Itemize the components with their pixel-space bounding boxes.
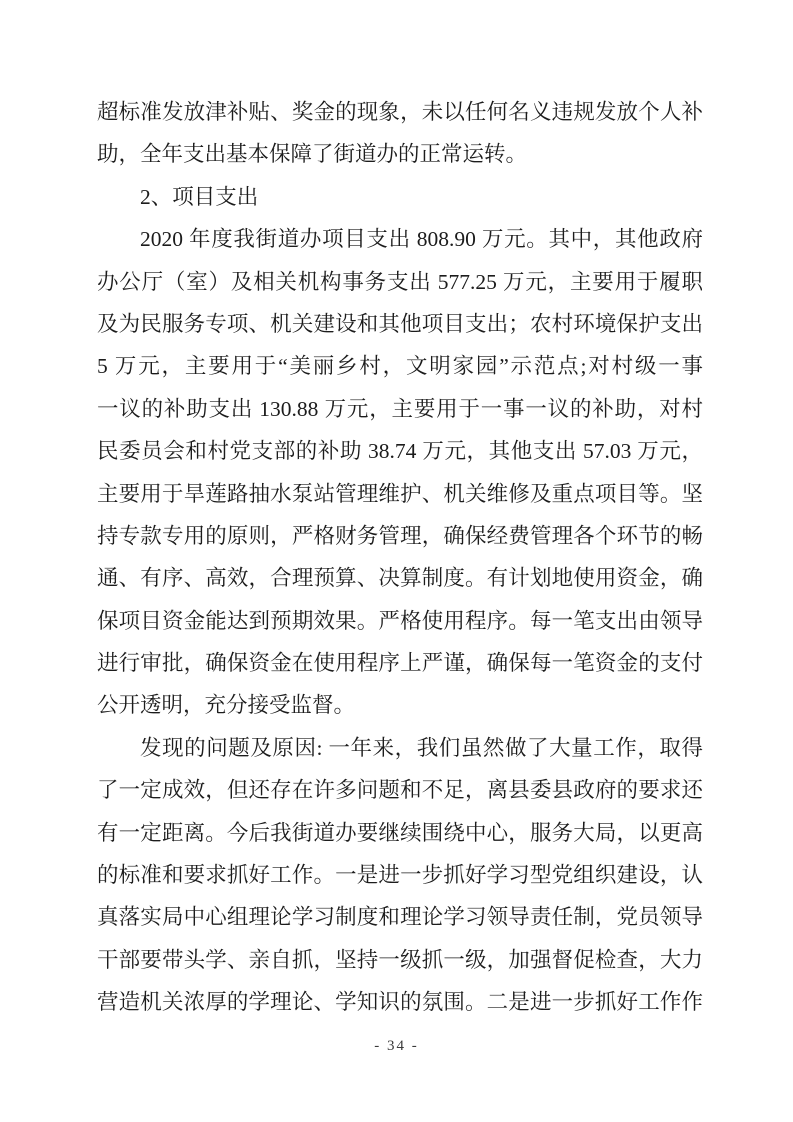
body-line: 保项目资金能达到预期效果。严格使用程序。每一笔支出由领导	[97, 600, 703, 642]
body-line: 超标准发放津补贴、奖金的现象，未以任何名义违规发放个人补	[97, 91, 703, 133]
body-line: 办公厅（室）及相关机构事务支出 577.25 万元，主要用于履职	[97, 261, 703, 303]
page-footer: - 34 -	[0, 1034, 793, 1058]
document-page: 超标准发放津补贴、奖金的现象，未以任何名义违规发放个人补 助，全年支出基本保障了…	[0, 0, 793, 1122]
body-line: 助，全年支出基本保障了街道办的正常运转。	[97, 133, 703, 175]
page-number: - 34 -	[374, 1038, 419, 1054]
body-line: 有一定距离。今后我街道办要继续围绕中心，服务大局，以更高	[97, 812, 703, 854]
section-heading: 2、项目支出	[97, 176, 703, 218]
body-line: 公开透明，充分接受监督。	[97, 684, 703, 726]
body-line: 及为民服务专项、机关建设和其他项目支出；农村环境保护支出	[97, 303, 703, 345]
body-line: 真落实局中心组理论学习制度和理论学习领导责任制，党员领导	[97, 896, 703, 938]
body-line: 通、有序、高效，合理预算、决算制度。有计划地使用资金，确	[97, 557, 703, 599]
body-line: 进行审批，确保资金在使用程序上严谨，确保每一笔资金的支付	[97, 642, 703, 684]
body-line: 一议的补助支出 130.88 万元，主要用于一事一议的补助，对村	[97, 388, 703, 430]
page-body: 超标准发放津补贴、奖金的现象，未以任何名义违规发放个人补 助，全年支出基本保障了…	[97, 91, 703, 1024]
body-line: 干部要带头学、亲自抓，坚持一级抓一级，加强督促检查，大力	[97, 939, 703, 981]
body-line: 了一定成效，但还存在许多问题和不足，离县委县政府的要求还	[97, 769, 703, 811]
body-line: 持专款专用的原则，严格财务管理，确保经费管理各个环节的畅	[97, 515, 703, 557]
body-line: 2020 年度我街道办项目支出 808.90 万元。其中，其他政府	[97, 218, 703, 260]
body-line: 营造机关浓厚的学理论、学知识的氛围。二是进一步抓好工作作	[97, 981, 703, 1023]
body-line: 民委员会和村党支部的补助 38.74 万元，其他支出 57.03 万元，	[97, 430, 703, 472]
body-line: 的标准和要求抓好工作。一是进一步抓好学习型党组织建设，认	[97, 854, 703, 896]
body-line: 发现的问题及原因: 一年来，我们虽然做了大量工作，取得	[97, 727, 703, 769]
body-line: 主要用于旱莲路抽水泵站管理维护、机关维修及重点项目等。坚	[97, 473, 703, 515]
body-line: 5 万元，主要用于“美丽乡村，文明家园”示范点;对村级一事	[97, 345, 703, 387]
